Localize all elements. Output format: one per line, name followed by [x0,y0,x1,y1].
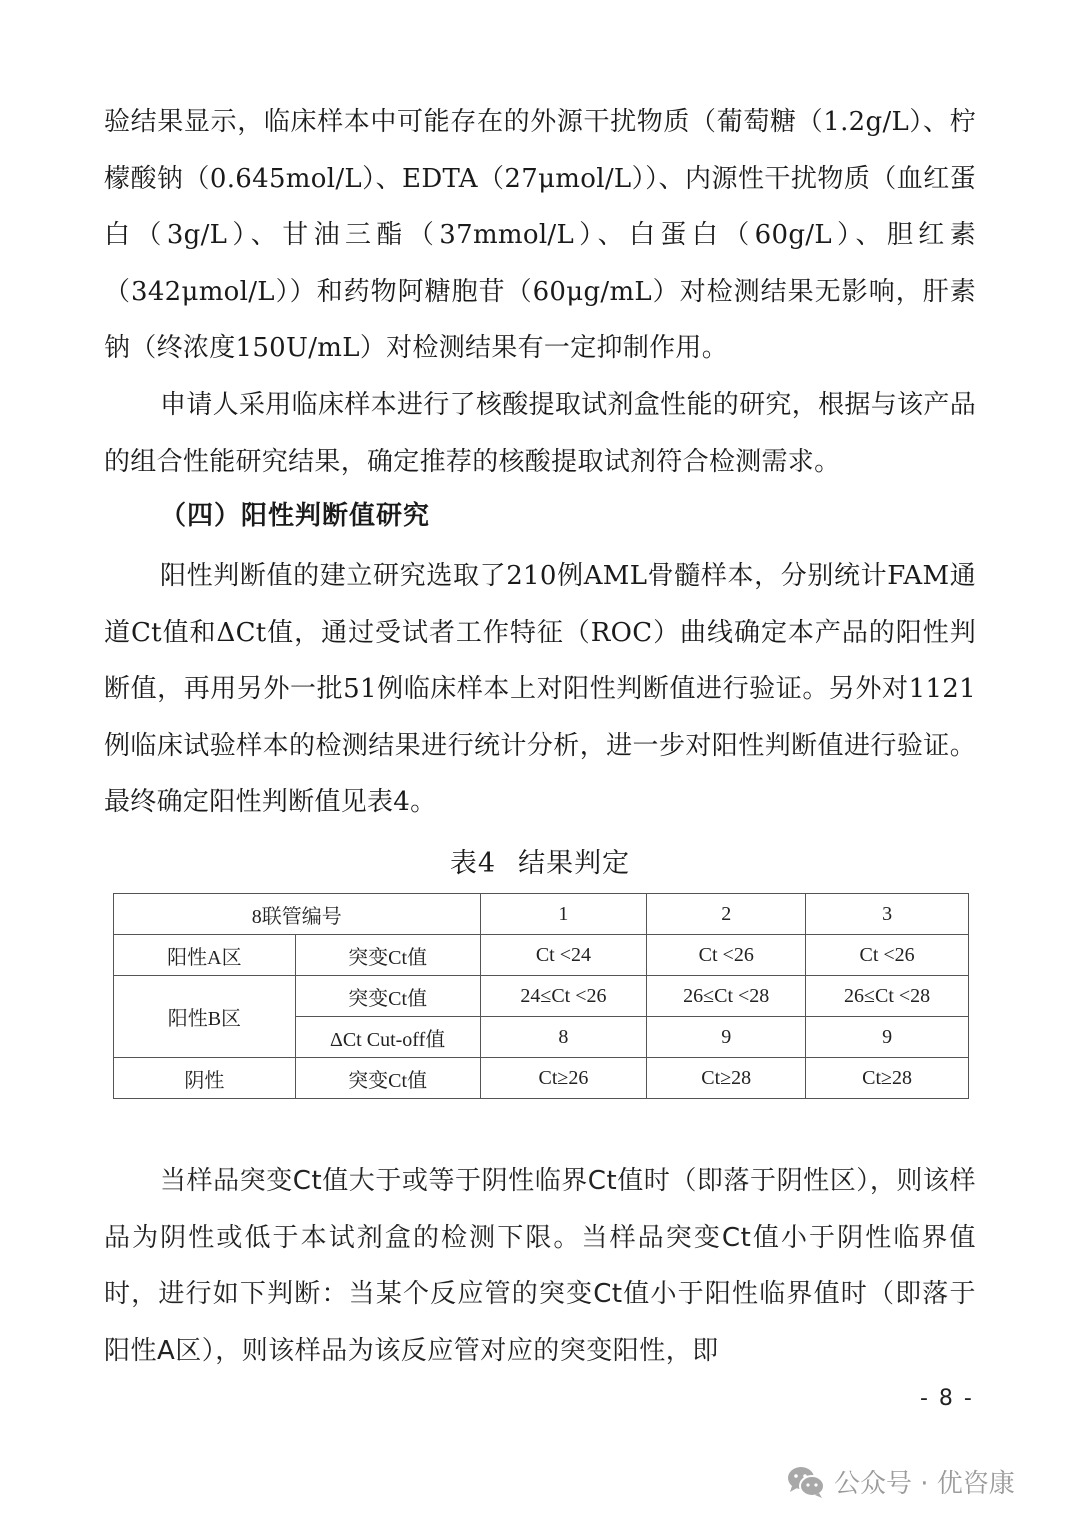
zone-cell: 阳性B区 [114,976,296,1058]
table-row: 阳性B区 突变Ct值 24≤Ct <26 26≤Ct <28 26≤Ct <28 [114,976,969,1017]
table-row: 阳性A区 突变Ct值 Ct <24 Ct <26 Ct <26 [114,935,969,976]
table-row: 阴性 突变Ct值 Ct≥26 Ct≥28 Ct≥28 [114,1058,969,1099]
watermark: 公众号 · 优咨康 [786,1463,1015,1500]
value-cell: Ct <26 [806,935,969,976]
table-caption-title: 结果判定 [518,848,630,879]
wechat-icon [786,1465,826,1499]
zone-cell: 阴性 [114,1058,296,1099]
table-header-row: 8联管编号 1 2 3 [114,894,969,935]
paragraph-interference-results: 验结果显示，临床样本中可能存在的外源干扰物质（葡萄糖（1.2g/L）、柠檬酸钠（… [104,94,976,377]
table-caption: 表4结果判定 [0,844,1080,884]
page-number: - 8 - [920,1386,974,1411]
section-heading: （四）阳性判断值研究 [160,494,430,538]
header-tube-number: 8联管编号 [114,894,481,935]
value-cell: Ct≥26 [480,1058,647,1099]
zone-cell: 阳性A区 [114,935,296,976]
value-cell: 26≤Ct <28 [806,976,969,1017]
value-cell: 26≤Ct <28 [647,976,806,1017]
header-col-1: 1 [480,894,647,935]
value-cell: Ct <24 [480,935,647,976]
table-caption-number: 表4 [450,848,496,879]
paragraph-judgment-rules: 当样品突变Ct值大于或等于阴性临界Ct值时（即落于阴性区），则该样品为阴性或低于… [104,1153,976,1379]
value-cell: Ct≥28 [806,1058,969,1099]
result-judgment-table: 8联管编号 1 2 3 阳性A区 突变Ct值 Ct <24 Ct <26 Ct … [113,893,969,1099]
value-cell: 24≤Ct <26 [480,976,647,1017]
metric-cell: 突变Ct值 [295,1058,480,1099]
header-col-2: 2 [647,894,806,935]
document-page: 验结果显示，临床样本中可能存在的外源干扰物质（葡萄糖（1.2g/L）、柠檬酸钠（… [0,0,1080,1527]
paragraph-extraction-kit: 申请人采用临床样本进行了核酸提取试剂盒性能的研究，根据与该产品的组合性能研究结果… [104,377,976,490]
value-cell: 8 [480,1017,647,1058]
paragraph-cutoff-study: 阳性判断值的建立研究选取了210例AML骨髓样本，分别统计FAM通道Ct值和ΔC… [104,548,976,831]
header-col-3: 3 [806,894,969,935]
value-cell: 9 [647,1017,806,1058]
metric-cell: 突变Ct值 [295,935,480,976]
metric-cell: 突变Ct值 [295,976,480,1017]
value-cell: 9 [806,1017,969,1058]
value-cell: Ct <26 [647,935,806,976]
value-cell: Ct≥28 [647,1058,806,1099]
metric-cell: ΔCt Cut-off值 [295,1017,480,1058]
watermark-text: 公众号 · 优咨康 [834,1463,1015,1500]
